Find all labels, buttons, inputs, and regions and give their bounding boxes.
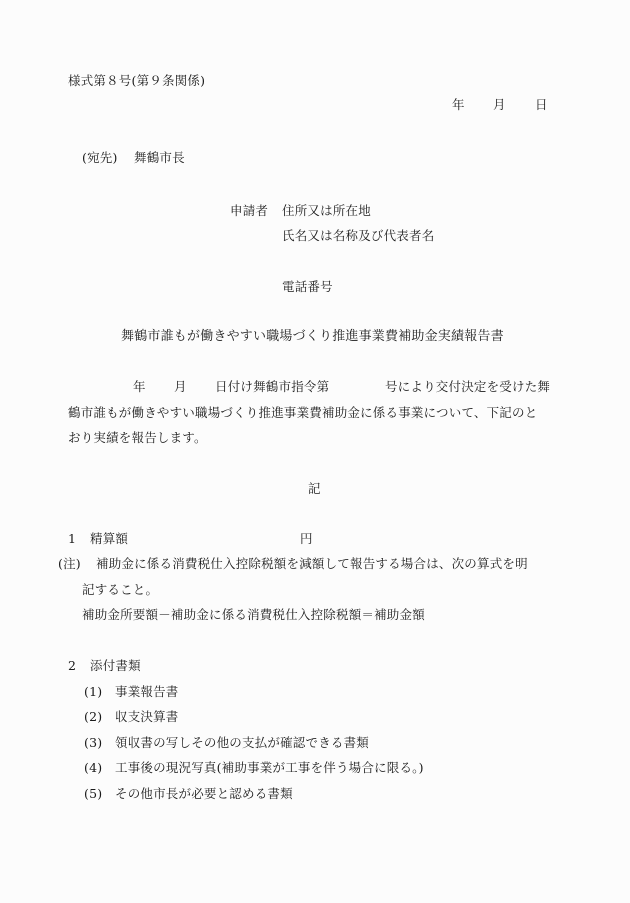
date-year: 年 xyxy=(452,99,465,112)
form-number: 様式第８号(第９条関係) xyxy=(68,75,205,88)
addressee-label: (宛先) xyxy=(82,152,118,165)
attachment-text: その他市長が必要と認める書類 xyxy=(115,788,293,801)
formula: 補助金所要額－補助金に係る消費税仕入控除税額＝補助金額 xyxy=(82,609,425,622)
attachment-number: (2) xyxy=(84,711,102,724)
attachment-text: 領収書の写しその他の支払が確認できる書類 xyxy=(115,737,369,750)
applicant-phone-label: 電話番号 xyxy=(282,281,333,294)
note-line2: 記すること。 xyxy=(82,584,158,597)
date-day: 日 xyxy=(535,99,548,112)
section2-number: 2 xyxy=(68,660,76,673)
attachment-number: (3) xyxy=(84,737,102,750)
applicant-name-label: 氏名又は名称及び代表者名 xyxy=(282,230,434,243)
section1-label: 精算額 xyxy=(90,533,128,546)
attachment-text: 収支決算書 xyxy=(115,711,179,724)
date-month: 月 xyxy=(493,99,506,112)
body-line2: 鶴市誰もが働きやすい職場づくり推進事業費補助金に係る事業について、下記のと xyxy=(68,407,537,420)
section1-unit: 円 xyxy=(300,533,313,546)
body-month: 月 xyxy=(174,381,187,394)
attachment-text: 工事後の現況写真(補助事業が工事を伴う場合に限る。) xyxy=(115,762,424,775)
document-title: 舞鶴市誰もが働きやすい職場づくり推進事業費補助金実績報告書 xyxy=(121,330,504,343)
body-year: 年 xyxy=(133,381,146,394)
addressee-name: 舞鶴市長 xyxy=(134,152,185,165)
ki-heading: 記 xyxy=(308,483,321,496)
attachment-number: (4) xyxy=(84,762,102,775)
body-line1-end: 号により交付決定を受けた舞 xyxy=(385,381,550,394)
applicant-label: 申請者 xyxy=(230,205,268,218)
body-directive: 日付け舞鶴市指令第 xyxy=(215,381,329,394)
section1-number: 1 xyxy=(68,533,76,546)
applicant-address-label: 住所又は所在地 xyxy=(282,205,371,218)
note-line1: 補助金に係る消費税仕入控除税額を減額して報告する場合は、次の算式を明 xyxy=(96,558,528,571)
note-label: (注) xyxy=(58,558,81,571)
attachment-text: 事業報告書 xyxy=(115,686,179,699)
section2-label: 添付書類 xyxy=(90,660,141,673)
body-line3: おり実績を報告します。 xyxy=(68,432,207,445)
attachment-number: (1) xyxy=(84,686,102,699)
attachment-number: (5) xyxy=(84,788,102,801)
